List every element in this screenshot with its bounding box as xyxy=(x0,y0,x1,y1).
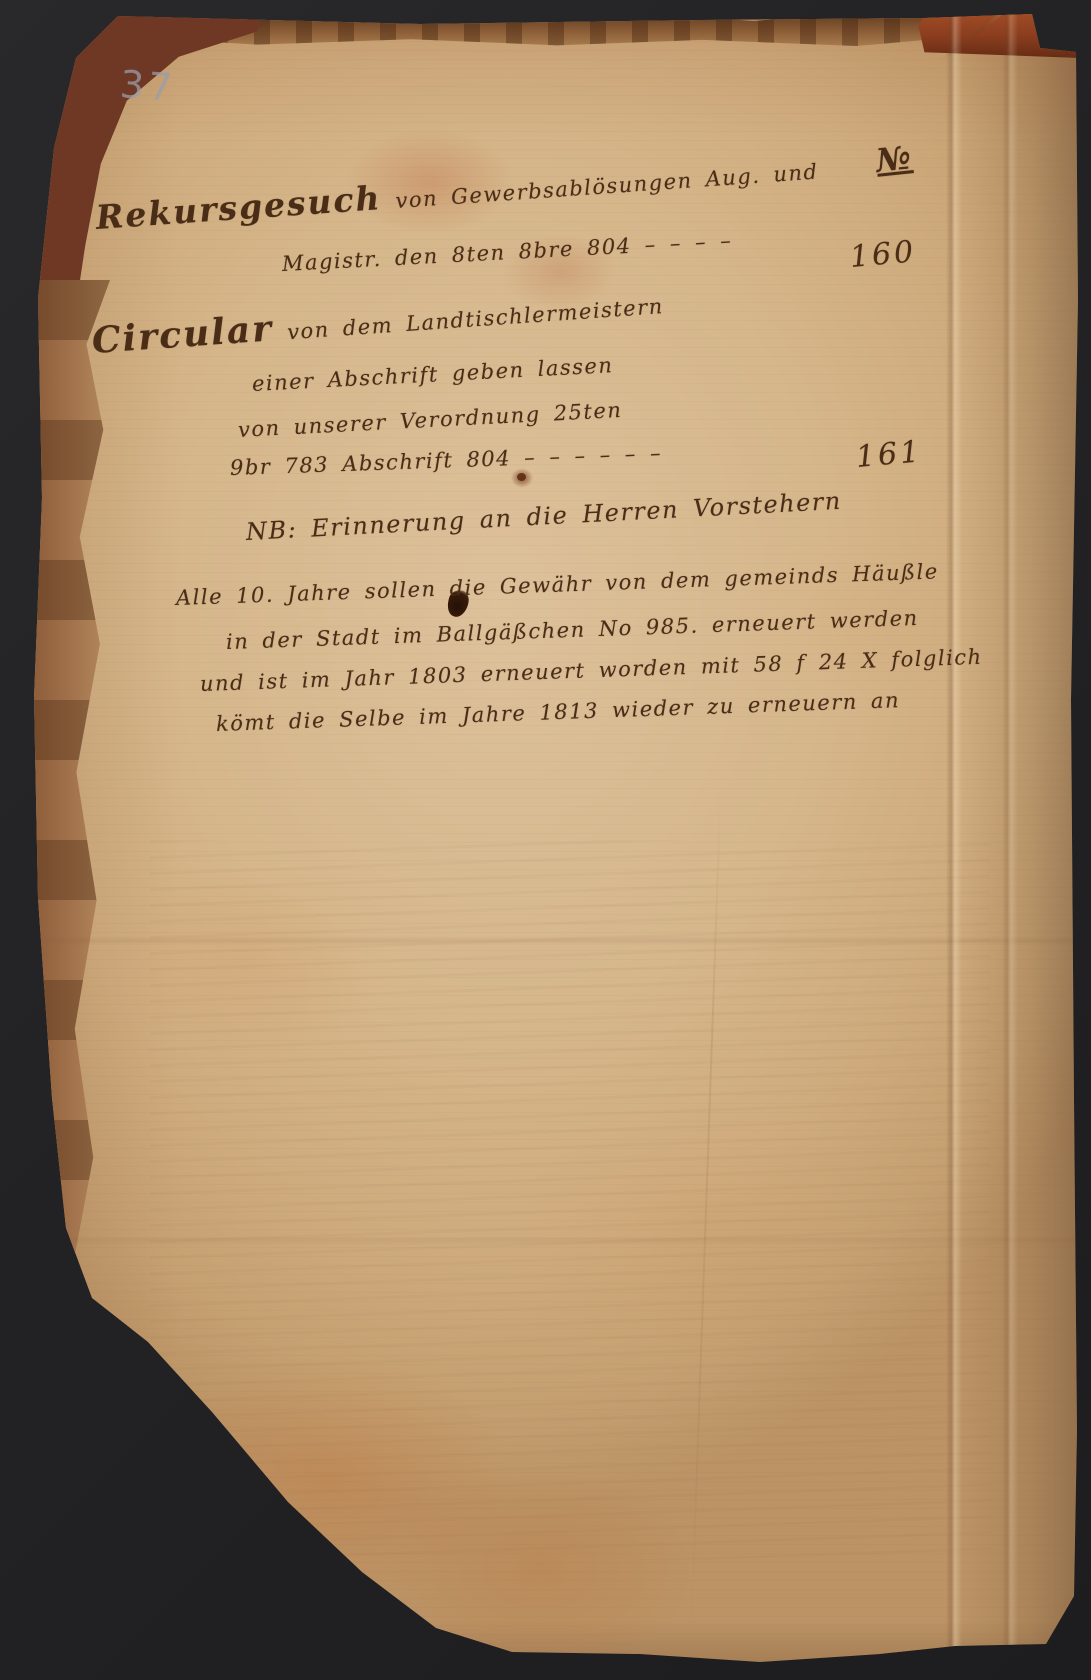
numero-mark: № xyxy=(874,138,914,180)
manuscript-page: 37 № Rekursgesuchvon Gewerbsablösungen A… xyxy=(0,0,1091,1680)
rust-spot xyxy=(517,473,526,481)
scanned-archive-photo: { "document": { "kind": "handwritten man… xyxy=(0,0,1091,1680)
entry-1-ref-number: 160 xyxy=(848,234,917,275)
pencil-folio-number: 37 xyxy=(119,62,178,110)
entry-2-ref-number: 161 xyxy=(854,434,923,475)
